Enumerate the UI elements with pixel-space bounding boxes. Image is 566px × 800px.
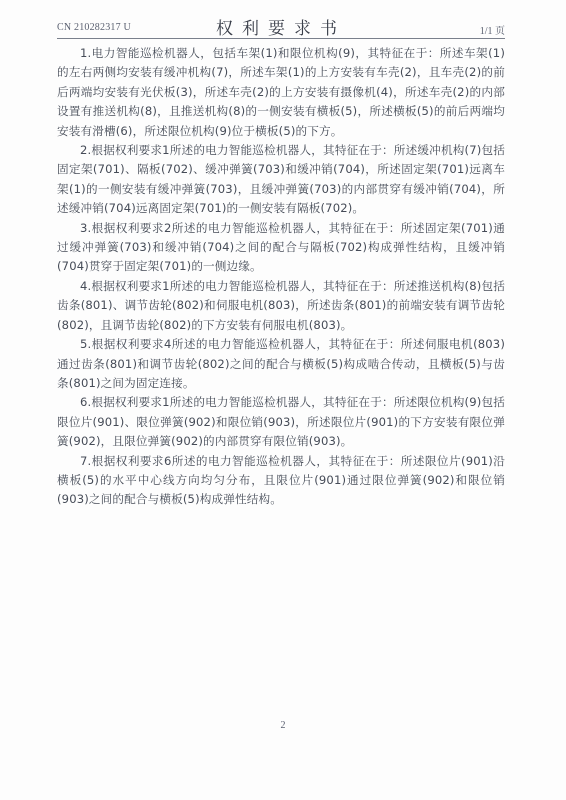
document-title: 权利要求书 [57,14,505,39]
page-header: CN 210282317 U 权利要求书 1/1 页 [57,14,505,38]
header-divider [57,38,505,39]
page-number: 2 [0,720,566,731]
page-count: 1/1 页 [480,22,505,37]
claim-6: 6.根据权利要求1所述的电力智能巡检机器人，其特征在于：所述限位机构(9)包括限… [57,393,505,451]
claim-1: 1.电力智能巡检机器人，包括车架(1)和限位机构(9)，其特征在于：所述车架(1… [57,44,505,141]
claim-7: 7.根据权利要求6所述的电力智能巡检机器人，其特征在于：所述限位片(901)沿横… [57,452,505,510]
claim-4: 4.根据权利要求1所述的电力智能巡检机器人，其特征在于：所述推送机构(8)包括齿… [57,277,505,335]
claim-5: 5.根据权利要求4所述的电力智能巡检机器人，其特征在于：所述伺服电机(803)通… [57,335,505,393]
claims-body: 1.电力智能巡检机器人，包括车架(1)和限位机构(9)，其特征在于：所述车架(1… [57,44,505,510]
claim-2: 2.根据权利要求1所述的电力智能巡检机器人，其特征在于：所述缓冲机构(7)包括固… [57,141,505,219]
claim-3: 3.根据权利要求2所述的电力智能巡检机器人，其特征在于：所述固定架(701)通过… [57,219,505,277]
